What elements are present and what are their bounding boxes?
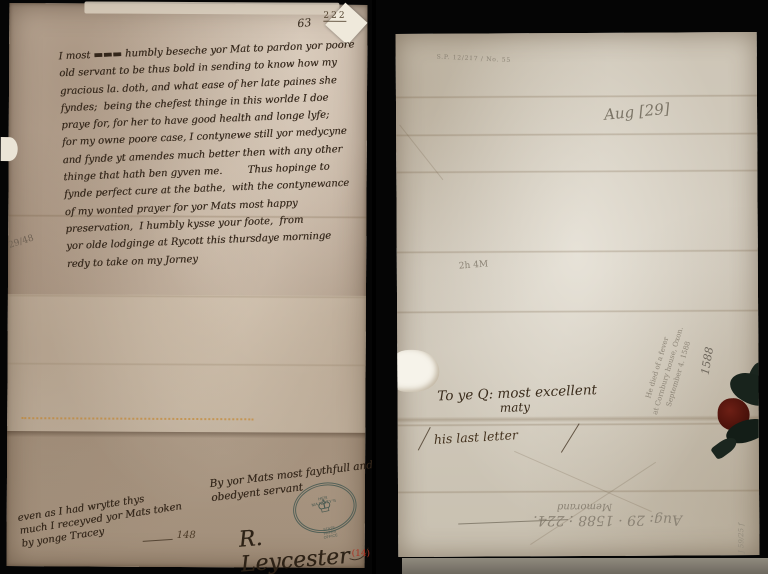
archive-pencil-reference: S.P. 12/217 / No. 55 <box>436 54 511 64</box>
inverted-pencil-note: Aug: 29 · 1588 : 224. Memorand <box>450 500 682 528</box>
top-ref-number: 63 <box>297 16 312 30</box>
address-block: To ye Q: most excellent maty <box>437 382 598 417</box>
fold-crease <box>398 489 759 494</box>
time-note: 2h 4M <box>459 259 489 271</box>
margin-note: 29/48 <box>7 233 35 250</box>
letter-front-photo: 63 222 29/48 I most ▬▬▬ humbly beseche y… <box>0 0 372 574</box>
fold-panel-tone <box>7 294 366 433</box>
endorsement-flourish <box>561 423 580 452</box>
fold-crease <box>396 169 757 174</box>
endorsement-flourish <box>418 427 431 450</box>
top-stamp-number: 222 <box>323 11 346 22</box>
wax-seal-remnant <box>709 362 759 480</box>
letter-back-photo: S.P. 12/217 / No. 55 Aug [29] 2h 4M He d… <box>376 0 768 574</box>
tape-strip <box>84 1 339 14</box>
docket-number: 148 <box>177 530 196 541</box>
signature: R. Leycester <box>238 518 367 574</box>
folio-number-red: (14) <box>352 549 371 559</box>
date-note: Aug [29] <box>603 100 670 124</box>
vertical-shelfmark: J 59/25 f <box>737 483 745 553</box>
fold-crease <box>396 132 757 137</box>
letter-back-paper: S.P. 12/217 / No. 55 Aug [29] 2h 4M He d… <box>396 32 760 557</box>
letter-body: I most ▬▬▬ humbly beseche yor Mat to par… <box>58 36 371 273</box>
torn-patch <box>396 350 440 392</box>
table-edge <box>402 558 768 574</box>
letter-front-paper: 63 222 29/48 I most ▬▬▬ humbly beseche y… <box>7 3 368 568</box>
endorsement-his-last-letter: his last letter <box>433 427 518 447</box>
fold-crease <box>396 94 757 99</box>
fold-crease <box>397 249 758 254</box>
inverted-note-line-2: Memorand <box>450 501 612 513</box>
torn-chip <box>1 137 18 161</box>
